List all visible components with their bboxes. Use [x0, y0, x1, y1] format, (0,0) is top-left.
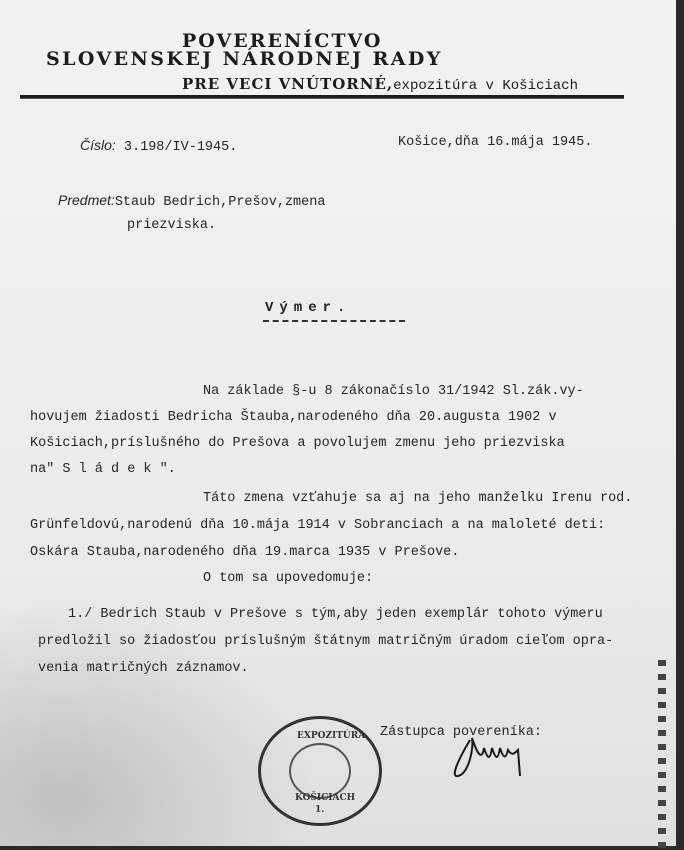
stamp-number: 1.: [315, 805, 324, 815]
place-date: Košice,dňa 16.mája 1945.: [398, 135, 592, 150]
subject-line: Predmet:Staub Bedrich,Prešov,zmena: [58, 192, 325, 210]
body-p1-line4: na" S l á d e k ".: [30, 462, 176, 477]
scan-border: [676, 0, 684, 850]
subject-label: Predmet:: [58, 192, 115, 208]
stamp-emblem: [289, 743, 351, 799]
body-p2-line2: Grünfeldovú,narodenú dňa 10.mája 1914 v …: [30, 518, 605, 533]
reference-number: Číslo: 3.198/IV-1945.: [80, 137, 237, 155]
official-stamp: EXPOZITÚRA KOŠICIACH 1.: [258, 716, 382, 826]
letterhead-dept: PRE VECI VNÚTORNÉ,: [182, 75, 393, 93]
document-page: POVERENÍCTVO SLOVENSKEJ NÁRODNEJ RADY PR…: [0, 0, 676, 846]
body-p1-line1: Na základe §-u 8 zákonačíslo 31/1942 Sl.…: [203, 384, 584, 399]
item1-line1: 1./ Bedrich Staub v Prešove s tým,aby je…: [68, 607, 603, 622]
reference-value: 3.198/IV-1945.: [124, 140, 237, 155]
letterhead-line2: SLOVENSKEJ NÁRODNEJ RADY: [46, 48, 443, 70]
body-p1-line2: hovujem žiadosti Bedricha Štauba,naroden…: [30, 410, 557, 425]
subject-line2: priezviska.: [127, 218, 216, 233]
stamp-city: KOŠICIACH: [295, 793, 355, 803]
notify-line: O tom sa upovedomuje:: [203, 571, 373, 586]
title-underline: [263, 320, 405, 322]
stamp-inner-text: EXPOZITÚRA: [297, 731, 365, 741]
subject-text: Staub Bedrich,Prešov,zmena: [115, 195, 326, 210]
letterhead-line3: PRE VECI VNÚTORNÉ,expozitúra v Košiciach: [182, 75, 578, 94]
item1-line2: predložil so žiadosťou príslušným štátny…: [38, 634, 613, 649]
letterhead-rule: [20, 95, 624, 99]
right-edge-marks: [658, 660, 666, 850]
handwritten-signature: [448, 730, 548, 780]
letterhead-branch: expozitúra v Košiciach: [393, 78, 578, 94]
document-title: Výmer.: [265, 300, 351, 316]
reference-label: Číslo:: [80, 137, 116, 153]
item1-line3: venia matričných záznamov.: [38, 661, 249, 676]
body-p1-line3: Košiciach,príslušného do Prešova a povol…: [30, 436, 565, 451]
body-p2-line3: Oskára Stauba,narodeného dňa 19.marca 19…: [30, 545, 459, 560]
body-p2-line1: Táto zmena vzťahuje sa aj na jeho manžel…: [203, 491, 632, 506]
